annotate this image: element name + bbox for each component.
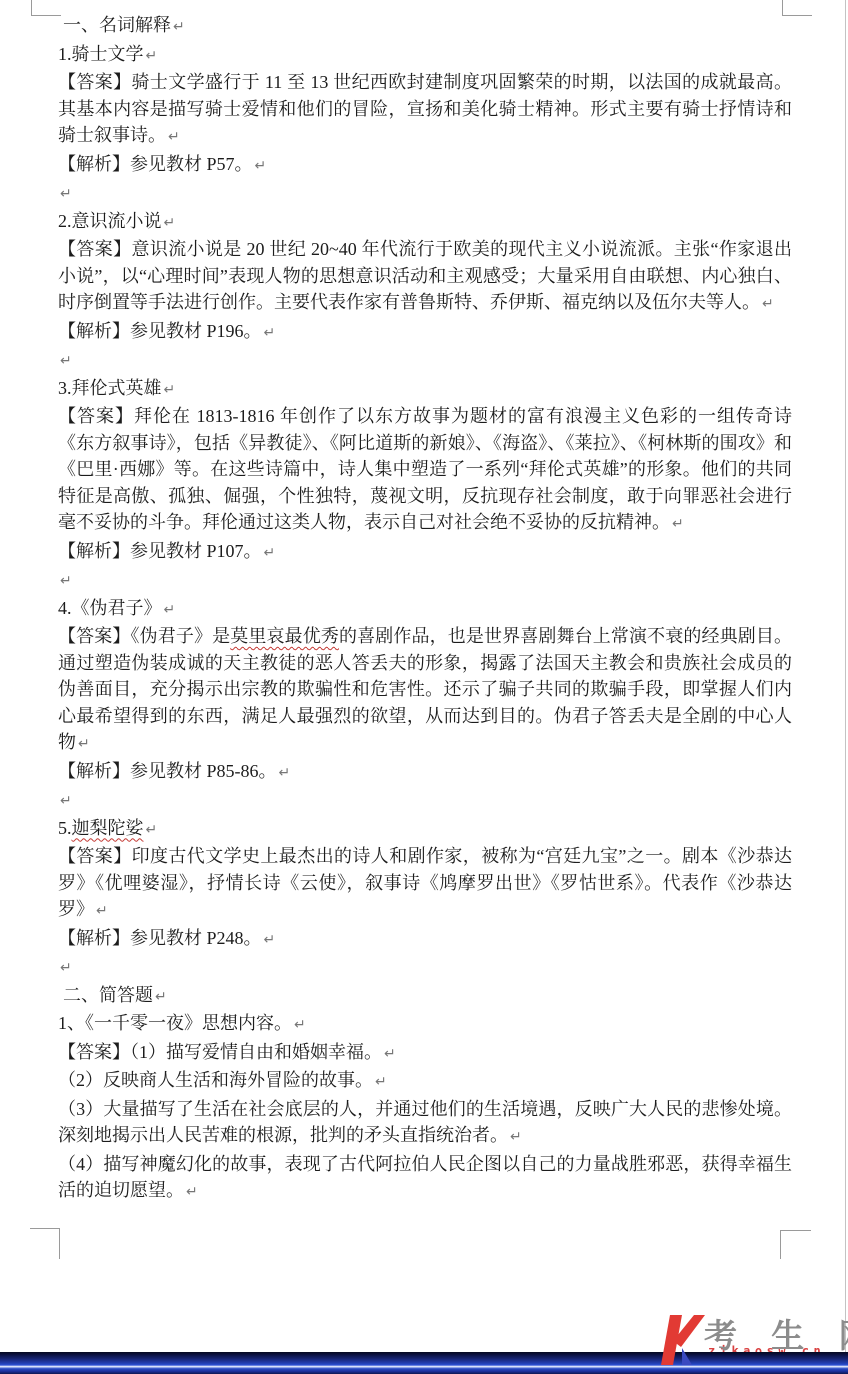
return-mark-icon: ↵ — [153, 989, 167, 1005]
return-mark-icon: ↵ — [670, 516, 684, 532]
return-mark-icon: ↵ — [508, 1129, 522, 1145]
return-mark-icon: ↵ — [262, 545, 276, 561]
return-mark-icon: ↵ — [171, 19, 185, 35]
paragraph: 【答案】《伪君子》是莫里哀最优秀的喜剧作品，也是世界喜剧舞台上常演不衰的经典剧目… — [58, 623, 792, 758]
return-mark-icon: ↵ — [166, 129, 180, 145]
return-mark-icon: ↵ — [760, 296, 774, 312]
paragraph: 4.《伪君子》↵ — [58, 595, 792, 624]
paragraph: 【答案】拜伦在 1813-1816 年创作了以东方故事为题材的富有浪漫主义色彩的… — [58, 403, 792, 538]
text-run: 【解析】参见教材 P107。 — [58, 541, 262, 561]
text-run: 1、《一千零一夜》思想内容。 — [58, 1013, 292, 1033]
paragraph: 一、名词解释↵ — [58, 12, 792, 41]
text-run: 2.意识流小说 — [58, 211, 162, 231]
text-run: 【答案】拜伦在 1813-1816 年创作了以东方故事为题材的富有浪漫主义色彩的… — [58, 406, 792, 532]
text-run: 1.骑士文学 — [58, 44, 144, 64]
paragraph: 【答案】意识流小说是 20 世纪 20~40 年代流行于欧美的现代主义小说流派。… — [58, 236, 792, 318]
return-mark-icon: ↵ — [58, 353, 72, 369]
blank-line: ↵ — [58, 953, 792, 982]
brand-name: 考 生 网 — [704, 1310, 848, 1357]
return-mark-icon: ↵ — [58, 960, 72, 976]
paragraph: 【答案】骑士文学盛行于 11 至 13 世纪西欧封建制度巩固繁荣的时期，以法国的… — [58, 69, 792, 151]
return-mark-icon: ↵ — [162, 215, 176, 231]
paragraph: 【解析】参见教材 P248。↵ — [58, 925, 792, 954]
document-body: 一、名词解释↵1.骑士文学↵【答案】骑士文学盛行于 11 至 13 世纪西欧封建… — [58, 12, 792, 1206]
paragraph: （3）大量描写了生活在社会底层的人，并通过他们的生活境遇，反映广大人民的悲惨处境… — [58, 1096, 792, 1151]
text-run: 一、名词解释 — [63, 15, 171, 35]
spellcheck-flagged-text: 迦梨陀娑 — [72, 818, 144, 838]
return-mark-icon: ↵ — [76, 736, 90, 752]
paragraph: 【答案】（1）描写爱情自由和婚姻幸福。↵ — [58, 1039, 792, 1068]
text-run: 4.《伪君子》 — [58, 598, 162, 618]
paragraph: 二、简答题↵ — [58, 982, 792, 1011]
paragraph: 1、《一千零一夜》思想内容。↵ — [58, 1010, 792, 1039]
paragraph: （4）描写神魔幻化的故事，表现了古代阿拉伯人民企图以自己的力量战胜邪恶，获得幸福… — [58, 1151, 792, 1206]
blank-line: ↵ — [58, 786, 792, 815]
text-run: 【解析】参见教材 P85-86。 — [58, 761, 277, 781]
blank-line: ↵ — [58, 179, 792, 208]
paragraph: 【解析】参见教材 P85-86。↵ — [58, 758, 792, 787]
return-mark-icon: ↵ — [94, 903, 108, 919]
return-mark-icon: ↵ — [262, 325, 276, 341]
return-mark-icon: ↵ — [162, 602, 176, 618]
return-mark-icon: ↵ — [262, 932, 276, 948]
text-run: 5. — [58, 818, 72, 838]
return-mark-icon: ↵ — [58, 793, 72, 809]
document-page: 一、名词解释↵1.骑士文学↵【答案】骑士文学盛行于 11 至 13 世纪西欧封建… — [0, 0, 848, 1374]
text-run: 二、简答题 — [63, 985, 153, 1005]
text-run: 【答案】印度古代文学史上最杰出的诗人和剧作家，被称为“宫廷九宝”之一。剧本《沙恭… — [58, 846, 792, 919]
text-run: 【答案】《伪君子》是 — [58, 626, 230, 646]
text-boundary-mark-top-left — [31, 0, 61, 16]
text-run: （2）反映商人生活和海外冒险的故事。 — [58, 1070, 373, 1090]
return-mark-icon: ↵ — [277, 765, 291, 781]
paragraph: （2）反映商人生活和海外冒险的故事。↵ — [58, 1067, 792, 1096]
return-mark-icon: ↵ — [162, 382, 176, 398]
text-run: 【答案】（1）描写爱情自由和婚姻幸福。 — [58, 1042, 382, 1062]
paragraph: 【答案】印度古代文学史上最杰出的诗人和剧作家，被称为“宫廷九宝”之一。剧本《沙恭… — [58, 843, 792, 925]
text-run: （3）大量描写了生活在社会底层的人，并通过他们的生活境遇，反映广大人民的悲惨处境… — [58, 1099, 792, 1146]
paragraph: 5.迦梨陀娑↵ — [58, 815, 792, 844]
text-boundary-mark-bottom-right — [780, 1230, 811, 1259]
text-run: 【答案】意识流小说是 20 世纪 20~40 年代流行于欧美的现代主义小说流派。… — [58, 239, 792, 312]
spellcheck-flagged-text: 莫里哀最优秀 — [230, 626, 339, 646]
return-mark-icon: ↵ — [184, 1184, 198, 1200]
return-mark-icon: ↵ — [58, 573, 72, 589]
return-mark-icon: ↵ — [373, 1074, 387, 1090]
page-edge-line — [845, 0, 846, 1354]
return-mark-icon: ↵ — [382, 1046, 396, 1062]
paragraph: 【解析】参见教材 P107。↵ — [58, 538, 792, 567]
return-mark-icon: ↵ — [292, 1017, 306, 1033]
paragraph: 2.意识流小说↵ — [58, 208, 792, 237]
text-boundary-mark-bottom-left — [30, 1228, 60, 1259]
paragraph: 3.拜伦式英雄↵ — [58, 375, 792, 404]
brand-k-icon — [661, 1315, 705, 1365]
text-run: 3.拜伦式英雄 — [58, 378, 162, 398]
blank-line: ↵ — [58, 346, 792, 375]
return-mark-icon: ↵ — [144, 822, 158, 838]
return-mark-icon: ↵ — [144, 48, 158, 64]
blank-line: ↵ — [58, 566, 792, 595]
return-mark-icon: ↵ — [58, 186, 72, 202]
text-run: 【解析】参见教材 P196。 — [58, 321, 262, 341]
text-run: 【解析】参见教材 P248。 — [58, 928, 262, 948]
return-mark-icon: ↵ — [253, 158, 267, 174]
text-run: （4）描写神魔幻化的故事，表现了古代阿拉伯人民企图以自己的力量战胜邪恶，获得幸福… — [58, 1154, 792, 1201]
paragraph: 【解析】参见教材 P57。↵ — [58, 151, 792, 180]
text-run: 【解析】参见教材 P57。 — [58, 154, 253, 174]
paragraph: 1.骑士文学↵ — [58, 41, 792, 70]
paragraph: 【解析】参见教材 P196。↵ — [58, 318, 792, 347]
